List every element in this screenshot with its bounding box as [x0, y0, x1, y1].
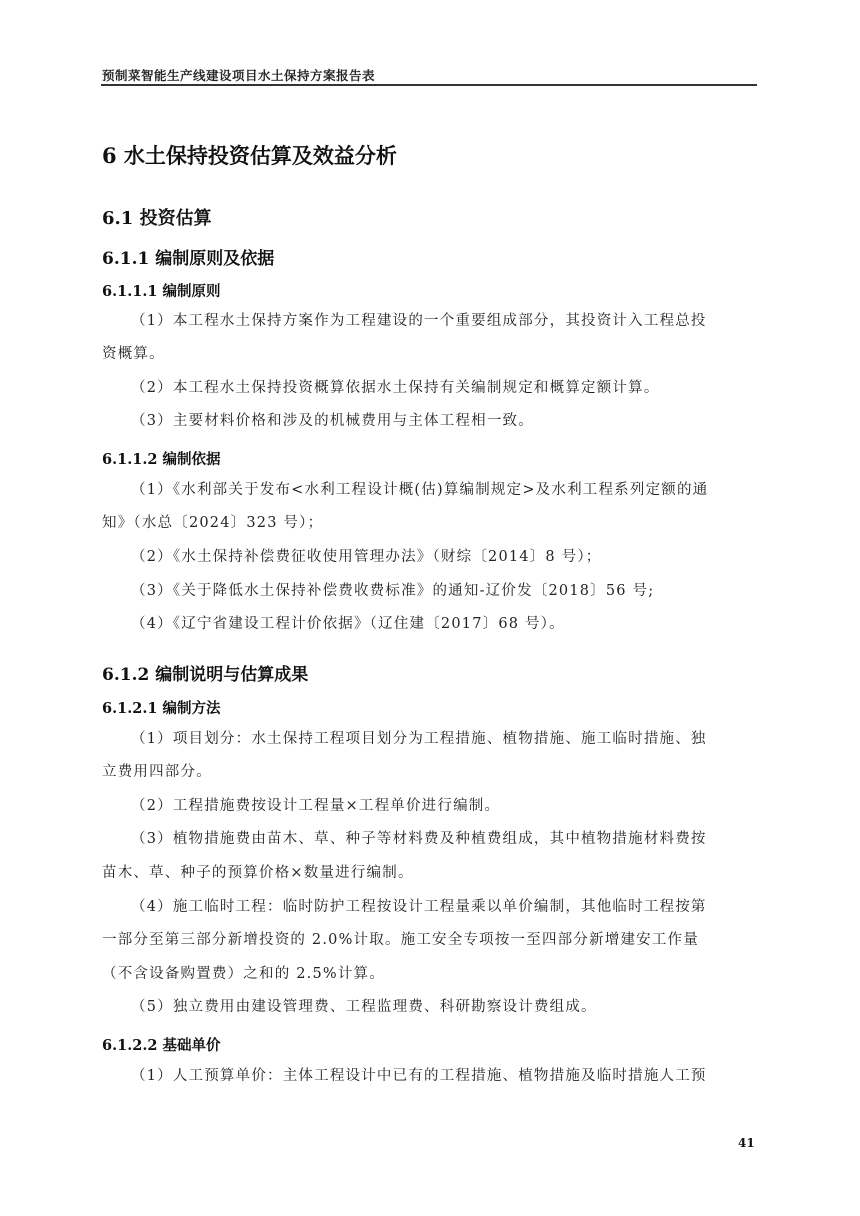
page-number: 41: [738, 1136, 755, 1150]
paragraph-line: 苗木、草、种子的预算价格×数量进行编制。: [102, 866, 758, 881]
paragraph-line: 资概算。: [102, 347, 758, 362]
paragraph-line: （1）项目划分：水土保持工程项目划分为工程措施、植物措施、施工临时措施、独: [102, 732, 787, 747]
paragraph-line: （不含设备购置费）之和的 2.5%计算。: [102, 967, 758, 982]
paragraph-line: （2）《水土保持补偿费征收使用管理办法》（财综〔2014〕8 号）；: [102, 550, 787, 565]
paragraph-line: （1）《水利部关于发布<水利工程设计概(估)算编制规定>及水利工程系列定额的通: [102, 483, 787, 498]
paragraph-line: 一部分至第三部分新增投资的 2.0%计取。施工安全专项按一至四部分新增建安工作量: [102, 933, 758, 948]
paragraph-line: （3）《关于降低水土保持补偿费收费标准》的通知-辽价发〔2018〕56 号;: [102, 584, 787, 599]
paragraph-line: （4）《辽宁省建设工程计价依据》（辽住建〔2017〕68 号）。: [102, 617, 787, 632]
paragraph-line: （1）本工程水土保持方案作为工程建设的一个重要组成部分，其投资计入工程总投: [102, 314, 787, 329]
section-heading-6-1-2: 6.1.2 编制说明与估算成果: [102, 660, 308, 685]
section-heading-6-1-1-2: 6.1.1.2 编制依据: [102, 448, 221, 469]
paragraph-line: （4）施工临时工程：临时防护工程按设计工程量乘以单价编制，其他临时工程按第: [102, 900, 787, 915]
section-heading-6-1-2-1: 6.1.2.1 编制方法: [102, 697, 221, 718]
chapter-title: 6 水土保持投资估算及效益分析: [102, 140, 397, 170]
paragraph-line: （1）人工预算单价：主体工程设计中已有的工程措施、植物措施及临时措施人工预: [102, 1069, 787, 1084]
paragraph-line: （5）独立费用由建设管理费、工程监理费、科研勘察设计费组成。: [102, 1000, 787, 1015]
paragraph-line: （3）主要材料价格和涉及的机械费用与主体工程相一致。: [102, 414, 787, 429]
paragraph-line: 知》（水总〔2024〕323 号）；: [102, 516, 758, 531]
paragraph-line: （3）植物措施费由苗木、草、种子等材料费及种植费组成，其中植物措施材料费按: [102, 832, 787, 847]
paragraph-line: 立费用四部分。: [102, 765, 758, 780]
section-heading-6-1-1: 6.1.1 编制原则及依据: [102, 244, 274, 269]
header-divider: [101, 84, 757, 86]
section-heading-6-1-1-1: 6.1.1.1 编制原则: [102, 280, 221, 301]
page-header-title: 预制菜智能生产线建设项目水土保持方案报告表: [102, 66, 375, 84]
paragraph-line: （2）本工程水土保持投资概算依据水土保持有关编制规定和概算定额计算。: [102, 381, 787, 396]
section-heading-6-1-2-2: 6.1.2.2 基础单价: [102, 1034, 221, 1055]
paragraph-line: （2）工程措施费按设计工程量×工程单价进行编制。: [102, 799, 787, 814]
section-heading-6-1: 6.1 投资估算: [102, 204, 212, 230]
